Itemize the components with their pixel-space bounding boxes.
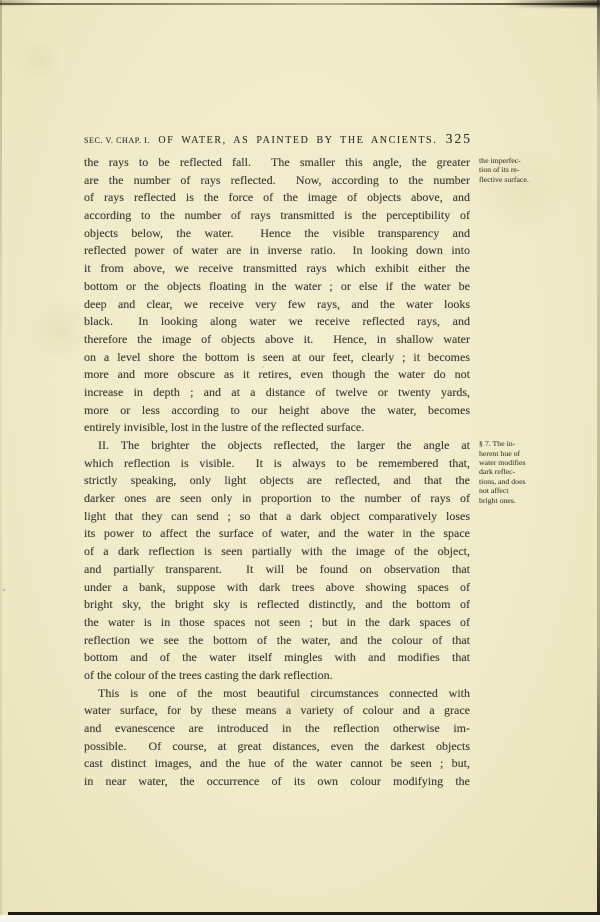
text-line: deep and clear, we receive very few rays… [84,296,470,314]
text-line: more and more obscure as it retires, eve… [84,366,470,384]
text-line: bottom or the objects floating in the wa… [84,278,470,296]
sidenote-line: water modifies [479,458,559,467]
text-line: black. In looking along water we receive… [84,313,470,331]
text-line: light that they can send ; so that a dar… [84,508,470,526]
text-line: reflection we see the bottom of the wate… [84,632,470,650]
text-line: darker ones are seen only in proportion … [84,490,470,508]
page-number: 325 [446,131,472,147]
text-line: more or less according to our height abo… [84,402,470,420]
sidenote-line: herent hue of [479,449,559,458]
text-line: under a bank, suppose with dark trees ab… [84,579,470,597]
text-line: strictly speaking, only light objects ar… [84,472,470,490]
sidenote-line: tions, and does [479,477,559,486]
sidenote-line: the imperfec- [479,156,559,165]
text-line: II. The brighter the objects reflected, … [84,437,470,455]
sidenote-line: bright ones. [479,496,559,505]
running-header: SEC. V. CHAP. I. OF WATER, AS PAINTED BY… [84,131,472,147]
sidenote-line: not affect [479,486,559,495]
text-line: therefore the image of objects above it.… [84,331,470,349]
scan-smudge-top-left [0,0,44,5]
text-line: in near water, the occurrence of its own… [84,773,470,791]
text-line: of the colour of the trees casting the d… [84,667,470,685]
text-line: are the number of rays reflected. Now, a… [84,172,470,190]
section-chapter-label: SEC. V. CHAP. I. [84,136,150,145]
sidenote: § 7. The in-herent hue ofwater modifiesd… [479,439,559,505]
text-line: entirely invisible, lost in the lustre o… [84,419,470,437]
text-line: cast distinct images, and the hue of the… [84,755,470,773]
text-line: its power to affect the surface of water… [84,525,470,543]
book-page-scan: SEC. V. CHAP. I. OF WATER, AS PAINTED BY… [0,0,600,922]
text-line: bottom and of the water itself mingles w… [84,649,470,667]
running-title: OF WATER, AS PAINTED BY THE ANCIENTS. [150,135,446,146]
sidenote-line: dark reflec- [479,467,559,476]
scan-edge-left [0,0,2,916]
sidenote-line: tion of its re- [479,165,559,174]
scan-smudge-top-right [505,0,600,7]
sidenote-line: flective surface. [479,175,559,184]
text-line: and partially transparent. It will be fo… [84,561,470,579]
text-line: water surface, for by these means a vari… [84,702,470,720]
text-line: This is one of the most beautiful circum… [84,685,470,703]
text-line: according to the number of rays transmit… [84,207,470,225]
body-text-column: the rays to be reflected fall. The small… [84,154,470,791]
sidenote: the imperfec-tion of its re-flective sur… [479,156,559,184]
text-line: which reflection is visible. It is alway… [84,455,470,473]
text-line: and evanescence are introduced in the re… [84,720,470,738]
text-line: objects below, the water. Hence the visi… [84,225,470,243]
text-line: reflected power of water are in inverse … [84,242,470,260]
text-line: possible. Of course, at great distances,… [84,738,470,756]
scan-margin-below [0,915,600,922]
text-line: on a level shore the bottom is seen at o… [84,349,470,367]
text-line: the rays to be reflected fall. The small… [84,154,470,172]
text-line: of rays reflected is the force of the im… [84,189,470,207]
text-line: the water is in those spaces not seen ; … [84,614,470,632]
text-line: bright sky, the bright sky is reflected … [84,596,470,614]
text-line: of a dark reflection is seen partially w… [84,543,470,561]
text-line: it from above, we receive transmitted ra… [84,260,470,278]
text-line: increase in depth ; and at a distance of… [84,384,470,402]
sidenote-line: § 7. The in- [479,439,559,448]
